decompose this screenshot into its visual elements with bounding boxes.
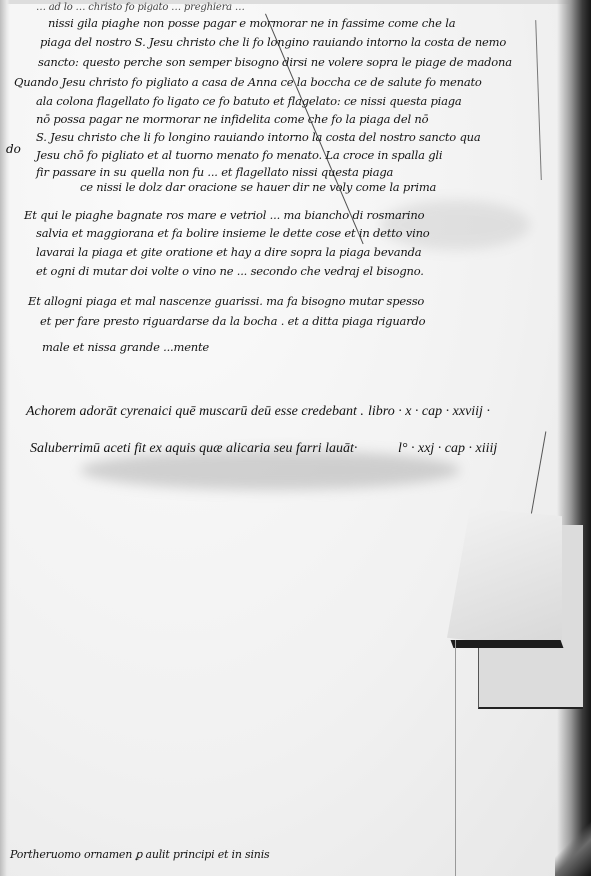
handwritten-line: lavarai la piaga et gite oratione et hay… xyxy=(36,245,421,259)
handwritten-line: Et qui le piaghe bagnate ros mare e vetr… xyxy=(24,208,424,222)
page-crease xyxy=(455,640,456,876)
margin-note: do xyxy=(6,142,21,156)
handwritten-line: et ogni di mutar doi volte o vino ne ...… xyxy=(36,264,424,278)
handwritten-line: ala colona flagellato fo ligato ce fo ba… xyxy=(36,94,462,108)
page-fold-line xyxy=(535,20,546,180)
citation-reference: libro · x · cap · xxviij · xyxy=(368,404,490,420)
handwritten-line: nissi gila piaghe non posse pagar e morm… xyxy=(48,16,455,30)
manuscript-page: … ad lo … christo fo pigato … preghiera … xyxy=(0,0,591,876)
handwritten-line: Et allogni piaga et mal nascenze guariss… xyxy=(28,294,424,308)
handwritten-line: Quando Jesu christo fo pigliato a casa d… xyxy=(14,75,482,89)
latin-text: Achorem adorāt cyrenaici quē muscarū deū… xyxy=(26,404,364,420)
handwritten-line: et per fare presto riguardarse da la boc… xyxy=(40,314,425,328)
handwritten-line: Jesu chō fo pigliato et al tuorno menato… xyxy=(36,148,442,162)
bottom-handwritten-note: Portheruomo ornamen ꝑ aulit principi et … xyxy=(10,848,269,861)
handwritten-line: piaga del nostro S. Jesu christo che li … xyxy=(40,35,506,49)
handwritten-line: fir passare in su quella non fu ... et f… xyxy=(36,165,393,179)
handwritten-line: sancto: questo perche son semper bisogno… xyxy=(38,55,512,69)
handwritten-line: male et nissa grande ...mente xyxy=(42,340,209,354)
left-page-edge xyxy=(0,0,10,876)
paper-repair-front xyxy=(447,508,562,646)
repair-shadow xyxy=(451,640,564,648)
handwritten-line: S. Jesu christo che li fo longino rauian… xyxy=(36,130,480,144)
citation-reference: l° · xxj · cap · xiiij xyxy=(398,441,497,457)
handwritten-line: salvia et maggiorana et fa bolire insiem… xyxy=(36,226,430,240)
binding-shadow xyxy=(557,0,591,876)
handwritten-line: ce nissi le dolz dar oracione se hauer d… xyxy=(80,180,436,194)
handwritten-line: nō possa pagar ne mormorar ne infidelita… xyxy=(36,112,428,126)
handwritten-line: … ad lo … christo fo pigato … preghiera … xyxy=(36,2,245,13)
latin-text: Saluberrimū aceti fit ex aquis quæ alica… xyxy=(30,441,357,457)
page-corner-curl xyxy=(555,820,591,876)
